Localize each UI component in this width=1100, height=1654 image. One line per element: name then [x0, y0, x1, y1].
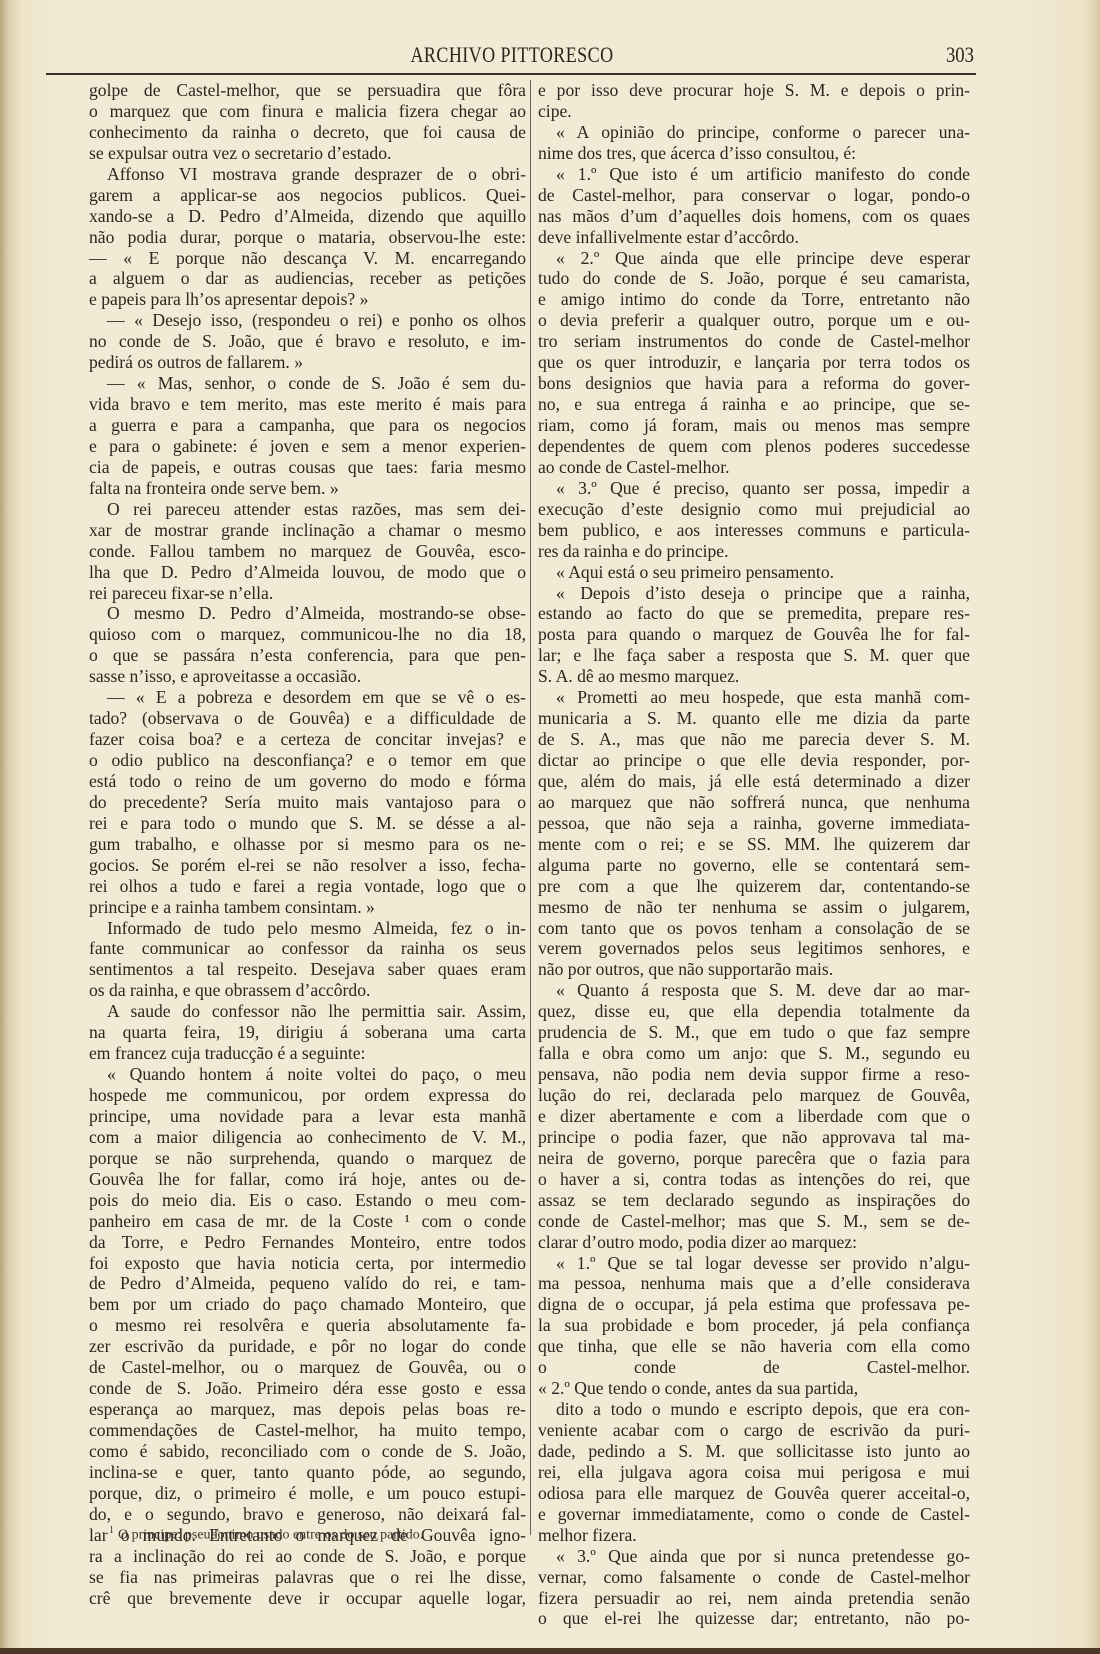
- text-line: rei olhos a tudo e farei a regia vontade…: [89, 876, 526, 897]
- text-line: a alguem o dar as audiencias, receber as…: [89, 268, 526, 289]
- text-line: verem governados pelos seus legitimos se…: [538, 938, 970, 959]
- text-line: « Prometti ao meu hospede, que esta manh…: [538, 687, 970, 708]
- text-line: posta para quando o marquez de Gouvêa lh…: [538, 624, 970, 645]
- text-line: o conde de Castel-melhor.: [538, 1357, 970, 1378]
- page-number: 303: [946, 42, 974, 68]
- text-line: fizera persuadir ao rei, nem ainda prete…: [538, 1588, 970, 1609]
- text-line: « 2.º Que tendo o conde, antes da sua pa…: [538, 1378, 970, 1399]
- text-line: « Aqui está o seu primeiro pensamento.: [538, 562, 970, 583]
- text-line: ao marquez que não soffrerá nunca, que n…: [538, 792, 970, 813]
- text-line: « 1.º Que se tal logar devesse ser provi…: [538, 1253, 970, 1274]
- text-line: Informado de tudo pelo mesmo Almeida, fe…: [89, 918, 526, 939]
- text-line: conde de Castel-melhor; mas que S. M., s…: [538, 1211, 970, 1232]
- text-line: cia de papeis, e outras cousas que taes:…: [89, 457, 526, 478]
- text-line: deve infallivelmente estar d’accôrdo.: [538, 227, 970, 248]
- text-line: rei, ella julgava agora coisa mui perigo…: [538, 1462, 970, 1483]
- text-line: hospede me communicou, por ordem express…: [89, 1085, 526, 1106]
- text-line: principe o podia fazer, que não approvav…: [538, 1127, 970, 1148]
- text-line: o mesmo rei resolvêra e queria absolutam…: [89, 1315, 526, 1336]
- text-line: que, além do mais, já elle está determin…: [538, 771, 970, 792]
- text-line: e por isso deve procurar hoje S. M. e de…: [538, 80, 970, 101]
- text-line: O mesmo D. Pedro d’Almeida, mostrando-se…: [89, 603, 526, 624]
- left-column: golpe de Castel-melhor, que se persuadir…: [89, 80, 526, 1608]
- text-line: « 3.º Que ainda que por si nunca pretend…: [538, 1546, 970, 1567]
- text-line: de Castel-melhor, ou o marquez de Gouvêa…: [89, 1357, 526, 1378]
- text-line: lha que D. Pedro d’Almeida louvou, de mo…: [89, 562, 526, 583]
- text-line: da Torre, e Pedro Fernandes Monteiro, en…: [89, 1232, 526, 1253]
- text-line: — « Desejo isso, (respondeu o rei) e pon…: [89, 310, 526, 331]
- right-column: e por isso deve procurar hoje S. M. e de…: [538, 80, 970, 1629]
- text-line: municaria a S. M. quanto elle me dizia d…: [538, 708, 970, 729]
- text-line: mente com o rei; e se SS. MM. lhe quizer…: [538, 834, 970, 855]
- text-line: ma pessoa, nenhuma mais que a d’elle con…: [538, 1273, 970, 1294]
- text-line: « 1.º Que isto é um artificio manifesto …: [538, 164, 970, 185]
- text-line: vida bravo e tem merito, mas este merito…: [89, 394, 526, 415]
- text-line: os da rainha, e que obrassem d’accôrdo.: [89, 980, 526, 1001]
- text-line: melhor fizera.: [538, 1525, 970, 1546]
- header-rule: [46, 73, 976, 75]
- text-line: gum trabalho, e olhasse por si mesmo par…: [89, 834, 526, 855]
- text-line: do precedente? Sería muito mais vantajos…: [89, 792, 526, 813]
- text-line: prudencia de S. M., que em tudo o que fa…: [538, 1022, 970, 1043]
- text-line: riam, como já foram, mais ou menos mas s…: [538, 415, 970, 436]
- text-line: « 2.º Que ainda que elle principe deve e…: [538, 248, 970, 269]
- text-line: principe e a rainha tambem consintam. »: [89, 897, 526, 918]
- text-line: clarar d’outro modo, podia dizer ao marq…: [538, 1232, 970, 1253]
- text-line: pessoa, que não seja a rainha, governe i…: [538, 813, 970, 834]
- text-line: digna de o occupar, já pela estima que p…: [538, 1294, 970, 1315]
- text-line: e amigo intimo do conde da Torre, entret…: [538, 289, 970, 310]
- text-line: falla e obra como um anjo: que S. M., se…: [538, 1043, 970, 1064]
- text-line: não podia durar, porque o mataria, obser…: [89, 227, 526, 248]
- text-line: do, e o segundo, bravo e generoso, não d…: [89, 1504, 526, 1525]
- text-line: em francez cuja traducção é a seguinte:: [89, 1043, 526, 1064]
- text-line: conde de S. João. Primeiro déra esse gos…: [89, 1378, 526, 1399]
- text-line: Affonso VI mostrava grande desprazer de …: [89, 164, 526, 185]
- text-line: nime dos tres, que ácerca d’isso consult…: [538, 143, 970, 164]
- page-bottom-edge: [0, 1648, 1100, 1654]
- text-line: como é sabido, reconciliado com o conde …: [89, 1441, 526, 1462]
- text-line: que os quer introduzir, e lançaria por t…: [538, 352, 970, 373]
- text-line: pre com a que lhe quizerem dar, contenta…: [538, 876, 970, 897]
- text-line: se fia nas primeiras palavras que o rei …: [89, 1567, 526, 1588]
- text-line: de S. A., mas que não me parecia dever S…: [538, 729, 970, 750]
- text-line: golpe de Castel-melhor, que se persuadir…: [89, 80, 526, 101]
- text-line: principe, uma novidade para a levar esta…: [89, 1106, 526, 1127]
- text-line: pedirá os outros de fallarem. »: [89, 352, 526, 373]
- column-divider: [530, 80, 531, 1535]
- text-line: sentimentos a tal respeito. Desejava sab…: [89, 959, 526, 980]
- text-line: mesmo de não ter nenhuma se assim o julg…: [538, 897, 970, 918]
- text-line: assaz se tem declarado segundo as inspir…: [538, 1190, 970, 1211]
- text-line: « Quanto á resposta que S. M. deve dar a…: [538, 980, 970, 1001]
- text-line: nas mãos d’um d’aquelles dois homens, co…: [538, 206, 970, 227]
- running-title: ARCHIVO PITTORESCO: [133, 42, 891, 68]
- text-line: « A opinião do principe, conforme o pare…: [538, 122, 970, 143]
- text-line: estando ao facto do que se premedita, pr…: [538, 603, 970, 624]
- text-line: e papeis para lh’os apresentar depois? »: [89, 289, 526, 310]
- text-line: cipe.: [538, 101, 970, 122]
- scanned-page: ARCHIVO PITTORESCO 303 golpe de Castel-m…: [0, 0, 1100, 1654]
- text-line: ra a inclinação do rei ao conde de S. Jo…: [89, 1546, 526, 1567]
- text-line: está todo o reino de um governo do modo …: [89, 771, 526, 792]
- text-line: tado? (observava o de Gouvêa) e a diffic…: [89, 708, 526, 729]
- text-line: no, e sua entrega á rainha e ao principe…: [538, 394, 970, 415]
- text-line: xar de mostrar grande inclinação a chama…: [89, 520, 526, 541]
- text-line: e dizer abertamente e com a liberdade co…: [538, 1106, 970, 1127]
- text-line: quez, disse eu, que ella dependia totalm…: [538, 1001, 970, 1022]
- text-line: vernar, como falsamente o conde de Caste…: [538, 1567, 970, 1588]
- text-line: « Depois d’isto deseja o principe que a …: [538, 583, 970, 604]
- text-line: pois do meio dia. Eis o caso. Estando o …: [89, 1190, 526, 1211]
- text-line: rei e para todo o mundo que S. M. se dés…: [89, 813, 526, 834]
- text-line: se expulsar outra vez o secretario d’est…: [89, 143, 526, 164]
- text-line: e para o gabinete: é joven e sem a menor…: [89, 436, 526, 457]
- text-line: lução do rei, declarada pelo marquez de …: [538, 1085, 970, 1106]
- text-line: — « Mas, senhor, o conde de S. João é se…: [89, 373, 526, 394]
- text-line: bons designios que havia para a reforma …: [538, 373, 970, 394]
- text-line: o haver a si, contra todas as intenções …: [538, 1169, 970, 1190]
- text-line: S. A. dê ao mesmo marquez.: [538, 666, 970, 687]
- text-line: dade, pedindo a S. M. que sollicitasse i…: [538, 1441, 970, 1462]
- text-line: garem a applicar-se aos negocios publico…: [89, 185, 526, 206]
- text-line: odiosa para elle marquez de Gouvêa quere…: [538, 1483, 970, 1504]
- text-line: dependentes de quem com plenos poderes s…: [538, 436, 970, 457]
- text-line: rei pareceu fixar-se n’ella.: [89, 583, 526, 604]
- text-line: porque se não surprehenda, quando o marq…: [89, 1148, 526, 1169]
- text-line: foi exposto que havia noticia certa, por…: [89, 1253, 526, 1274]
- text-line: sasse n’isso, e aproveitasse a occasião.: [89, 666, 526, 687]
- text-line: falta na fronteira onde serve bem. »: [89, 478, 526, 499]
- page-header: ARCHIVO PITTORESCO 303: [50, 38, 974, 68]
- footnote: 1O principe: pseudonimo usado entre os d…: [109, 1525, 423, 1544]
- text-line: dito a todo o mundo e escripto depois, q…: [538, 1399, 970, 1420]
- text-line: de Pedro d’Almeida, pequeno valído do re…: [89, 1273, 526, 1294]
- text-line: lar; e lhe faça saber a resposta que S. …: [538, 645, 970, 666]
- text-line: O rei pareceu attender estas razões, mas…: [89, 499, 526, 520]
- text-line: ao conde de Castel-melhor.: [538, 457, 970, 478]
- text-line: tudo do conde de S. João, porque é seu c…: [538, 268, 970, 289]
- text-line: commendações de Castel-melhor, ha muito …: [89, 1420, 526, 1441]
- text-line: veniente acabar com o cargo de escrivão …: [538, 1420, 970, 1441]
- text-line: o que se passára n’esta conferencia, par…: [89, 645, 526, 666]
- text-line: na quarta feira, 19, dirigiu á soberana …: [89, 1022, 526, 1043]
- text-line: A saude do confessor não lhe permittia s…: [89, 1001, 526, 1022]
- text-line: com a maior diligencia ao conhecimento d…: [89, 1127, 526, 1148]
- text-line: la sua probidade e bom proceder, já pela…: [538, 1315, 970, 1336]
- text-line: o odio publico na desconfiança? e o temo…: [89, 750, 526, 771]
- text-line: xando-se a D. Pedro d’Almeida, dizendo q…: [89, 206, 526, 227]
- text-line: quioso com o marquez, communicou-lhe no …: [89, 624, 526, 645]
- text-line: inclina-se e quer, tanto quanto póde, ao…: [89, 1462, 526, 1483]
- text-line: não por outros, que não supportarão mais…: [538, 959, 970, 980]
- text-line: bem publico, e aos interesses communs e …: [538, 520, 970, 541]
- text-line: com tanto que os povos tenham a consolaç…: [538, 918, 970, 939]
- text-line: no conde de S. João, que é bravo e resol…: [89, 331, 526, 352]
- text-line: conde. Fallou tambem no marquez de Gouvê…: [89, 541, 526, 562]
- text-line: zer escrivão da puridade, e pôr no logar…: [89, 1336, 526, 1357]
- text-line: execução d’este designio como mui prejud…: [538, 499, 970, 520]
- text-line: « Quando hontem á noite voltei do paço, …: [89, 1064, 526, 1085]
- text-line: porque, diz, o primeiro é molle, e um po…: [89, 1483, 526, 1504]
- text-line: panheiro em casa de mr. de la Coste ¹ co…: [89, 1211, 526, 1232]
- text-line: fante communicar ao confessor da rainha …: [89, 938, 526, 959]
- text-line: neira de governo, porque parecêra que o …: [538, 1148, 970, 1169]
- text-line: o devia preferir a qualquer outro, porqu…: [538, 310, 970, 331]
- text-line: bem por um criado do paço chamado Montei…: [89, 1294, 526, 1315]
- text-line: res da rainha e do principe.: [538, 541, 970, 562]
- text-line: pensava, não podia nem devia suppor firm…: [538, 1064, 970, 1085]
- footnote-text: O principe: pseudonimo usado entre os do…: [118, 1528, 423, 1543]
- text-line: crê que brevemente deve ir occupar aquel…: [89, 1588, 526, 1609]
- text-line: o que el-rei lhe quizesse dar; entretant…: [538, 1608, 970, 1629]
- text-line: a guerra e para a campanha, que para os …: [89, 415, 526, 436]
- text-line: « 3.º Que é preciso, quanto ser possa, i…: [538, 478, 970, 499]
- text-line: alguma parte no governo, elle se content…: [538, 855, 970, 876]
- text-line: gocios. Se porém el-rei se não resolver …: [89, 855, 526, 876]
- text-line: dictar ao principe o que elle devia resp…: [538, 750, 970, 771]
- text-line: tro seriam instrumentos do conde de Cast…: [538, 331, 970, 352]
- text-line: — « E porque não descança V. M. encarreg…: [89, 248, 526, 269]
- text-line: esperança ao marquez, mas depois pelas b…: [89, 1399, 526, 1420]
- text-line: conhecimento da rainha o decreto, que fo…: [89, 122, 526, 143]
- text-line: o marquez que com finura e malicia fizer…: [89, 101, 526, 122]
- footnote-marker: 1: [109, 1525, 114, 1536]
- text-line: e governar immediatamente, como o conde …: [538, 1504, 970, 1525]
- text-line: Gouvêa lhe for fallar, como irá hoje, an…: [89, 1169, 526, 1190]
- text-line: fazer coisa boa? e a certeza de concitar…: [89, 729, 526, 750]
- text-line: de Castel-melhor, para conservar o logar…: [538, 185, 970, 206]
- text-line: que tinha, que elle se não haveria com e…: [538, 1336, 970, 1357]
- text-line: — « E a pobreza e desordem em que se vê …: [89, 687, 526, 708]
